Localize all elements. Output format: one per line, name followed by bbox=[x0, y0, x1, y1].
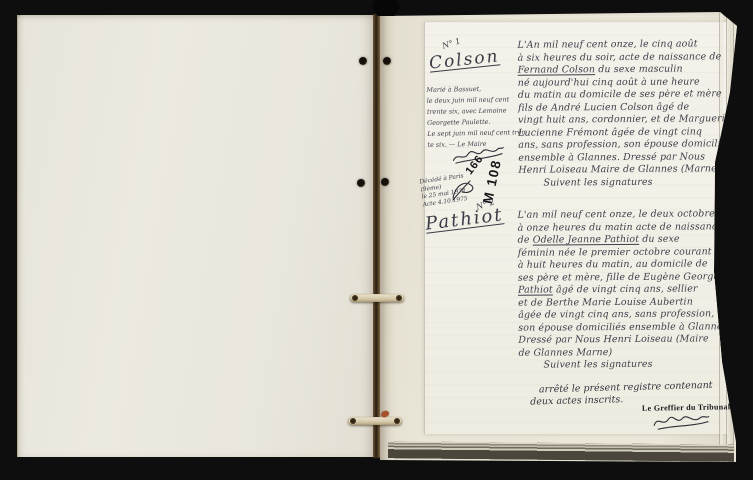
greffier-signature-icon bbox=[649, 409, 712, 434]
marriage-mention: Marié à Bassuet,le deux juin mil neuf ce… bbox=[426, 83, 527, 151]
binding-gutter bbox=[373, 14, 380, 458]
binding-hole bbox=[359, 57, 367, 65]
left-page bbox=[17, 15, 378, 457]
binding-cord bbox=[348, 417, 402, 425]
binding-clip bbox=[372, 0, 400, 16]
act-2-birth-record: L'an mil neuf cent onze, le deux octobre… bbox=[517, 208, 724, 372]
binding-hole bbox=[357, 179, 365, 187]
paraph-icon bbox=[450, 178, 478, 202]
binding-hole bbox=[381, 178, 389, 186]
binding-hole bbox=[383, 57, 391, 65]
page-stack-edges-bottom bbox=[388, 441, 734, 462]
right-page: N° 1 Colson Marié à Bassuet,le deux juin… bbox=[380, 12, 738, 462]
binding-cord bbox=[350, 294, 404, 302]
register-book-scan: N° 1 Colson Marié à Bassuet,le deux juin… bbox=[0, 0, 753, 480]
act-1-birth-record: L'An mil neuf cent onze, le cinq aoûtà s… bbox=[517, 38, 724, 189]
page-crease bbox=[18, 15, 58, 55]
